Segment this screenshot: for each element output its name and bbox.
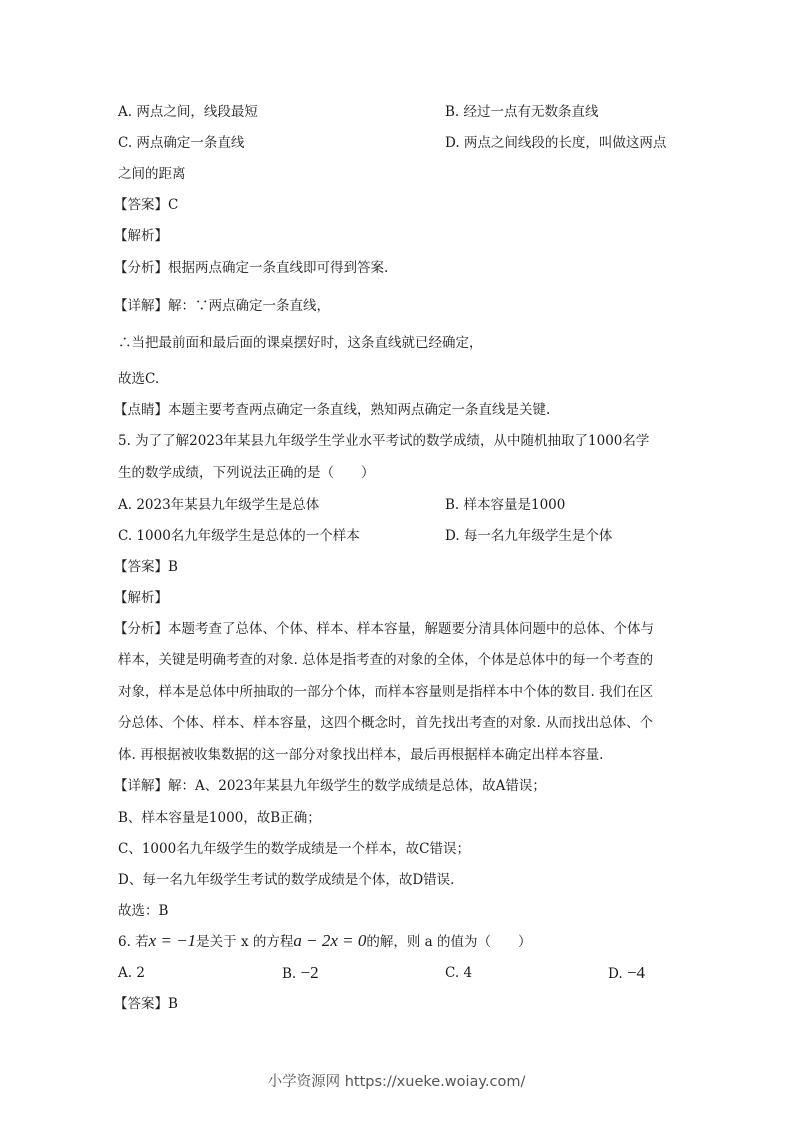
q5-analysis-heading: 【解析】 <box>114 589 168 607</box>
q6-option-d-label: D. <box>608 966 627 982</box>
q5-xiangjie-line: B、样本容量是1000，故B正确； <box>118 809 321 827</box>
q4-option-b: B. 经过一点有无数条直线 <box>445 103 599 121</box>
q6-option-b: B. −2 <box>282 964 319 983</box>
q5-fenxi-line: 分总体、个体、样本、样本容量，这四个概念时，首先找出考查的对象. 从而找出总体、… <box>118 714 653 732</box>
q4-option-d: D. 两点之间线段的长度，叫做这两点 <box>445 134 666 152</box>
q6-option-a-value: 2 <box>136 965 145 981</box>
q6-option-b-label: B. <box>282 966 301 982</box>
q5-xiangjie-line: C、1000名九年级学生的数学成绩是一个样本，故C错误； <box>118 840 470 858</box>
q6-stem: 6. 若x = −1是关于 x 的方程a − 2x = 0的解，则 a 的值为（… <box>118 932 532 951</box>
q5-option-c: C. 1000名九年级学生是总体的一个样本 <box>118 527 360 545</box>
q6-stem-suffix: 的解，则 a 的值为（ ） <box>366 934 531 950</box>
q5-xiangjie-line: 【详解】解：A、2023年某县九年级学生的数学成绩是总体，故A错误； <box>114 777 546 795</box>
q6-stem-prefix: 6. 若 <box>118 934 149 950</box>
q5-option-a: A. 2023年某县九年级学生是总体 <box>118 496 319 514</box>
q5-fenxi-line: 体. 再根据被收集数据的这一部分对象找出样本，最后再根据样本确定出样本容量. <box>118 746 603 764</box>
q6-option-c-label: C. <box>445 965 463 981</box>
q5-option-b: B. 样本容量是1000 <box>445 496 565 514</box>
q4-choose: 故选C. <box>118 370 159 388</box>
q6-answer: 【答案】B <box>114 995 178 1013</box>
q4-answer: 【答案】C <box>114 196 178 214</box>
q5-choose: 故选：B <box>118 902 168 920</box>
q4-xiangjie-1: 【详解】解：∵两点确定一条直线， <box>114 297 330 315</box>
q6-math-equation: a − 2x = 0 <box>293 931 366 950</box>
q4-xiangjie-2: ∴当把最前面和最后面的课桌摆好时，这条直线就已经确定， <box>118 334 483 352</box>
q5-xiangjie-line: D、每一名九年级学生考试的数学成绩是个体，故D错误. <box>118 871 454 889</box>
q5-stem-line2: 生的数学成绩，下列说法正确的是（ ） <box>118 464 375 482</box>
q6-stem-mid: 是关于 x 的方程 <box>196 934 293 950</box>
q5-fenxi-line: 【分析】本题考查了总体、个体、样本、样本容量，解题要分清具体问题中的总体、个体与 <box>114 620 654 638</box>
q6-option-b-value: −2 <box>301 963 319 982</box>
q5-fenxi-line: 样本，关键是明确考查的对象. 总体是指考查的对象的全体，个体是总体中的每一个考查… <box>118 651 653 669</box>
q5-stem-line1: 5. 为了了解2023年某县九年级学生学业水平考试的数学成绩，从中随机抽取了10… <box>118 432 649 450</box>
q5-option-d: D. 每一名九年级学生是个体 <box>445 527 612 545</box>
q5-answer: 【答案】B <box>114 558 178 576</box>
q6-option-c: C. 4 <box>445 964 472 982</box>
q4-dianjing: 【点睛】本题主要考查两点确定一条直线，熟知两点确定一条直线是关键. <box>114 401 550 419</box>
q4-analysis-heading: 【解析】 <box>114 227 168 245</box>
q6-option-c-value: 4 <box>463 965 472 981</box>
q6-math-x-equals-neg1: x = −1 <box>149 931 197 950</box>
q6-option-a-label: A. <box>118 965 136 981</box>
q4-option-a: A. 两点之间，线段最短 <box>118 103 258 121</box>
q4-fenxi: 【分析】根据两点确定一条直线即可得到答案. <box>114 259 388 277</box>
q6-option-a: A. 2 <box>118 964 145 982</box>
q5-fenxi-line: 对象，样本是总体中所抽取的一部分个体，而样本容量则是指样本中个体的数目. 我们在… <box>118 683 653 701</box>
q6-option-d-value: −4 <box>627 963 645 982</box>
footer-watermark: 小学资源网 https://xueke.woiay.com/ <box>0 1070 793 1091</box>
q4-option-d-continued: 之间的距离 <box>118 165 186 183</box>
q4-option-c: C. 两点确定一条直线 <box>118 134 244 152</box>
q6-option-d: D. −4 <box>608 964 645 983</box>
